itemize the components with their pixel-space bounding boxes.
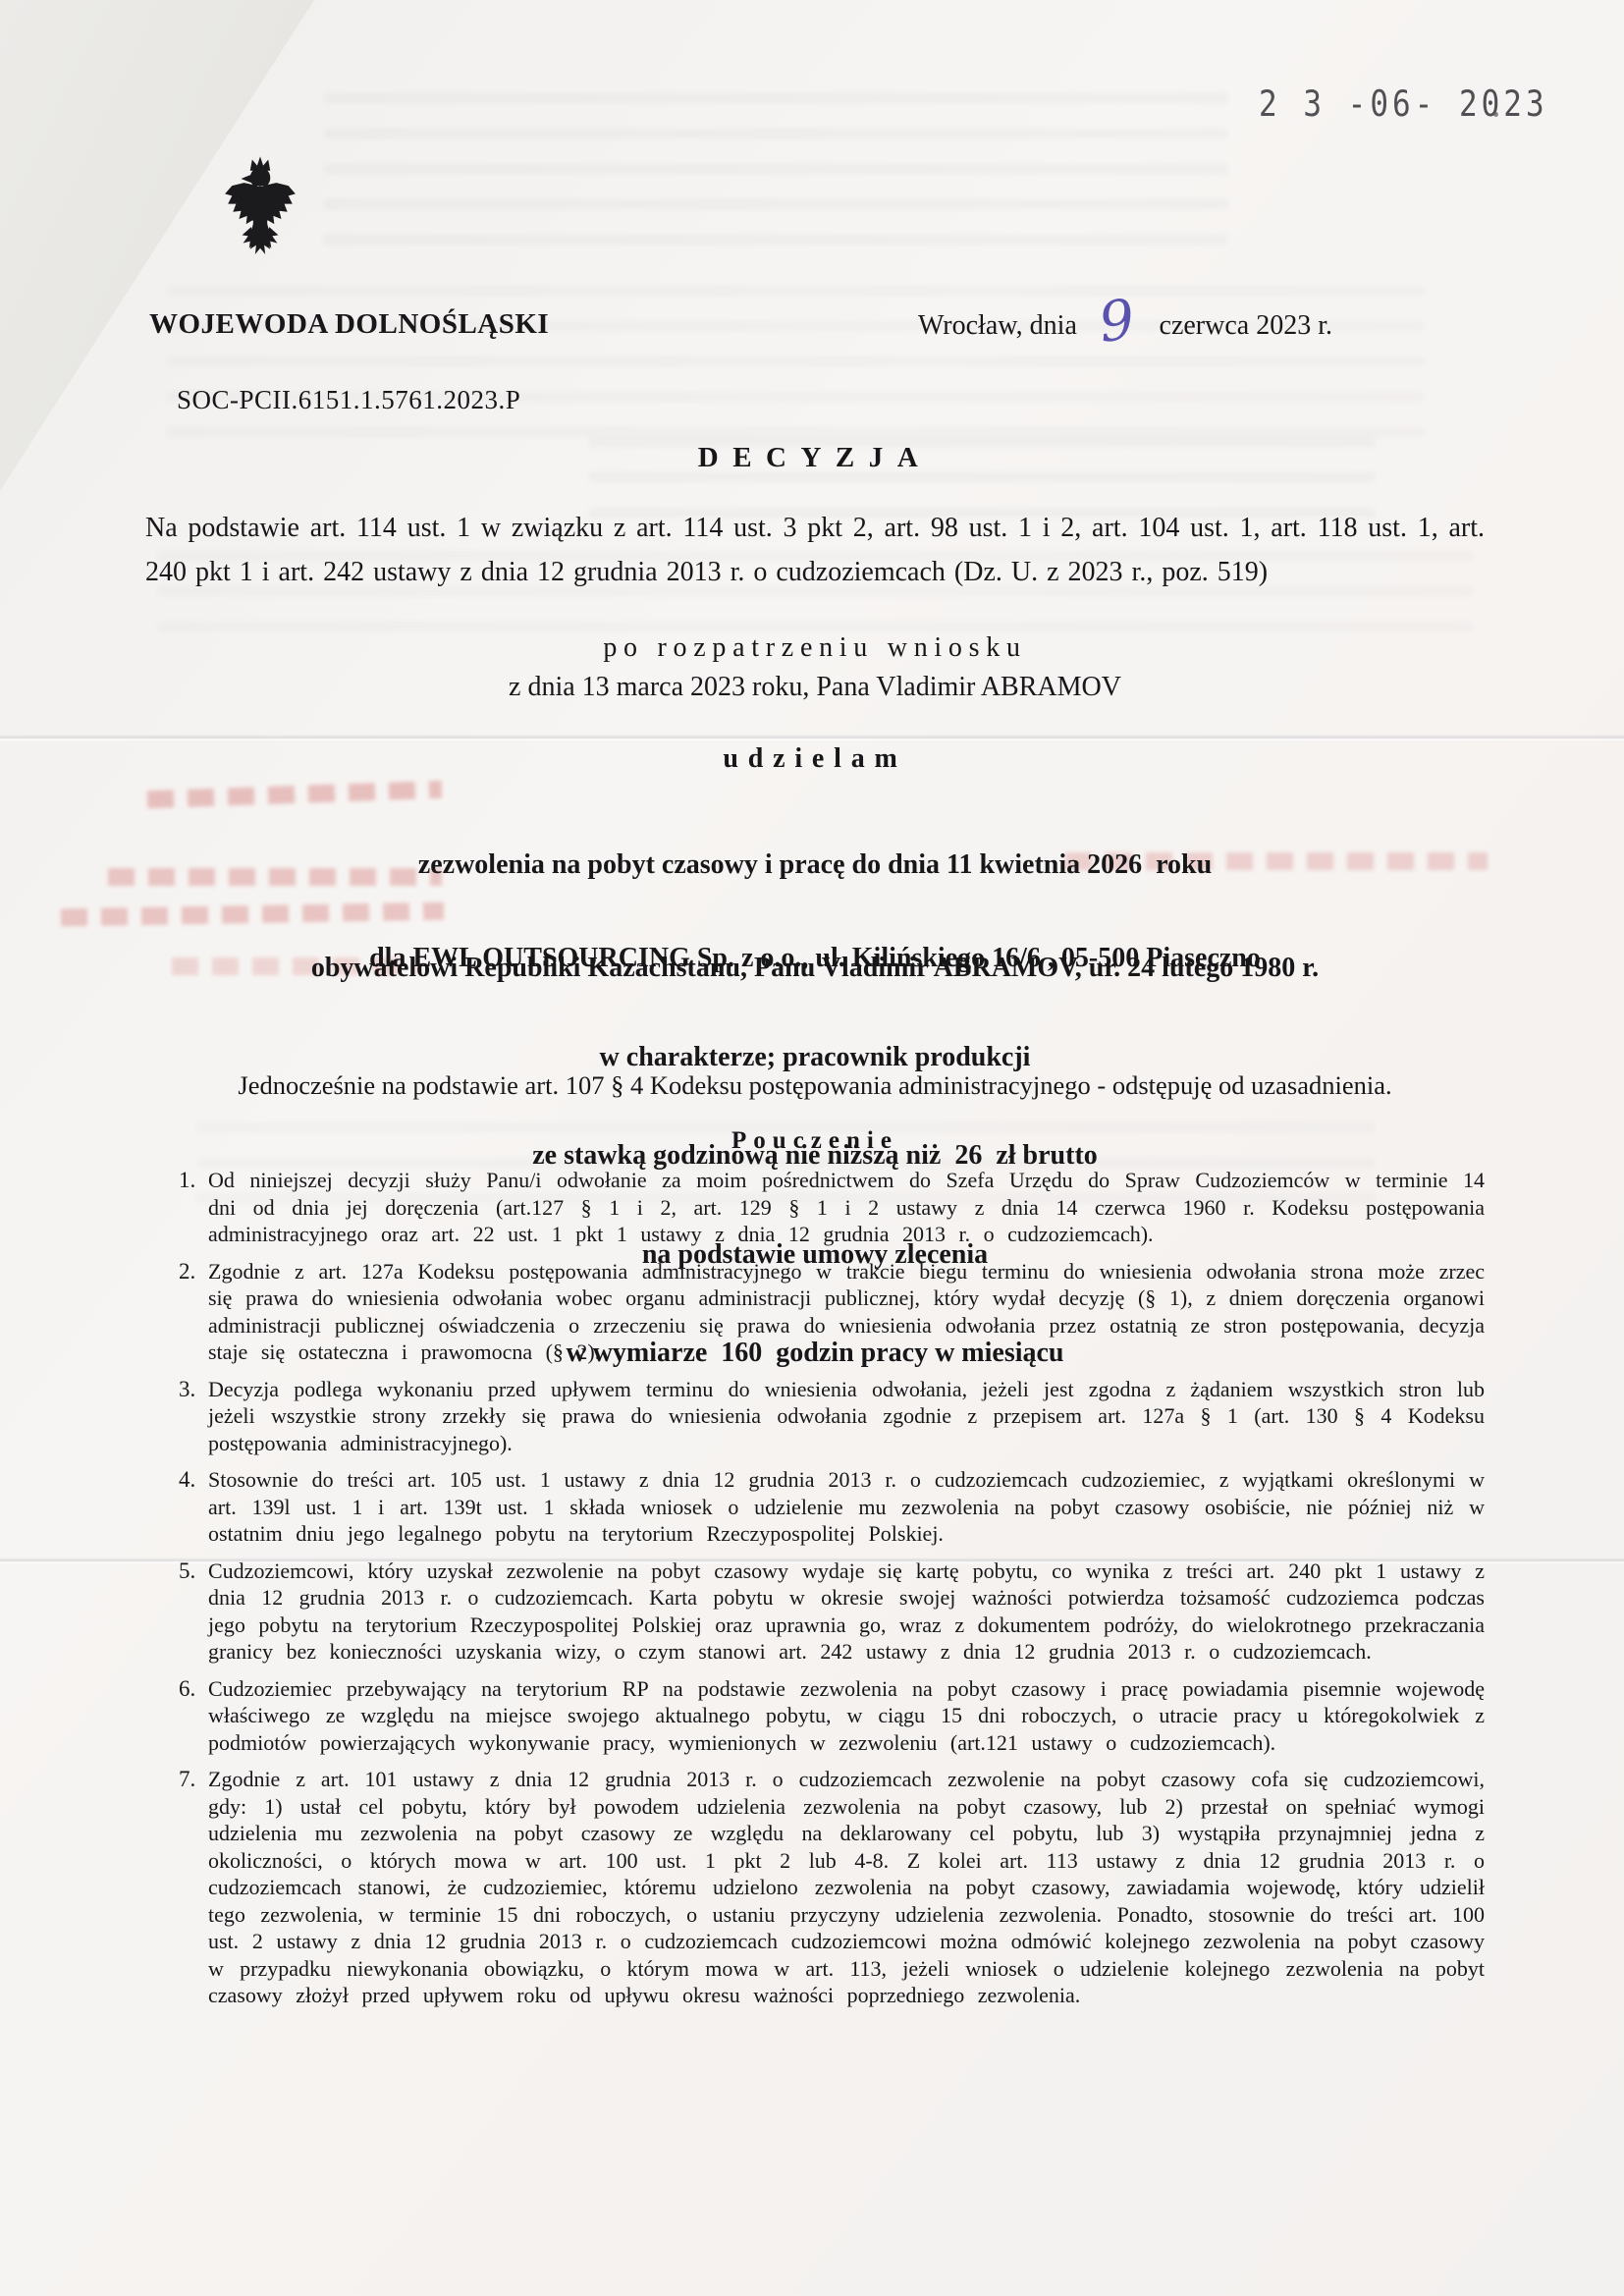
item-number: 4. xyxy=(145,1466,208,1548)
item-text: Cudzoziemiec przebywający na terytorium … xyxy=(208,1675,1485,1757)
instruction-item: 5. Cudzoziemcowi, który uzyskał zezwolen… xyxy=(145,1558,1485,1666)
item-text: Od niniejszej decyzji służy Panu/i odwoł… xyxy=(208,1167,1485,1248)
item-text: Zgodnie z art. 101 ustawy z dnia 12 grud… xyxy=(208,1766,1485,2009)
ink-speck xyxy=(1493,112,1498,117)
bleedthrough-artifact xyxy=(324,90,1227,257)
instruction-item: 3. Decyzja podlega wykonaniu przed upływ… xyxy=(145,1376,1485,1457)
place-date-prefix: Wrocław, dnia xyxy=(918,310,1077,342)
applicant-line: z dnia 13 marca 2023 roku, Pana Vladimir… xyxy=(145,672,1485,703)
consideration-line: po rozpatrzeniu wniosku xyxy=(145,632,1485,664)
item-text: Cudzoziemcowi, który uzyskał zezwolenie … xyxy=(208,1558,1485,1666)
item-number: 6. xyxy=(145,1675,208,1757)
instruction-list: 1. Od niniejszej decyzji służy Panu/i od… xyxy=(145,1167,1485,2019)
instruction-item: 6. Cudzoziemiec przebywający na terytori… xyxy=(145,1675,1485,1757)
case-number: SOC-PCII.6151.1.5761.2023.P xyxy=(177,385,520,415)
item-number: 1. xyxy=(145,1167,208,1248)
issuing-authority: WOJEWODA DOLNOŚLĄSKI xyxy=(149,308,549,341)
coat-of-arms-eagle-icon xyxy=(220,152,300,288)
justification-waiver: Jednocześnie na podstawie art. 107 § 4 K… xyxy=(145,1070,1485,1101)
item-text: Stosownie do treści art. 105 ust. 1 usta… xyxy=(208,1466,1485,1548)
legal-basis-paragraph: Na podstawie art. 114 ust. 1 w związku z… xyxy=(145,506,1485,594)
item-number: 2. xyxy=(145,1258,208,1366)
instruction-item: 7. Zgodnie z art. 101 ustawy z dnia 12 g… xyxy=(145,1766,1485,2009)
place-date-suffix: czerwca 2023 r. xyxy=(1160,310,1332,342)
grant-line: dla EWL OUTSOURCING Sp. z o.o., ul. Kili… xyxy=(145,942,1485,975)
instruction-item: 1. Od niniejszej decyzji służy Panu/i od… xyxy=(145,1167,1485,1248)
grant-line: w charakterze; pracownik produkcji xyxy=(145,1041,1485,1074)
item-number: 7. xyxy=(145,1766,208,2009)
instruction-item: 4. Stosownie do treści art. 105 ust. 1 u… xyxy=(145,1466,1485,1548)
decision-title: DECYZJA xyxy=(145,442,1485,474)
item-text: Zgodnie z art. 127a Kodeksu postępowania… xyxy=(208,1258,1485,1366)
scanned-decision-document: 2 3 -06- 2023 WOJEWODA DOLNOŚLĄSKI Wrocł… xyxy=(0,0,1624,2296)
grant-keyword: udzielam xyxy=(145,743,1485,775)
item-number: 5. xyxy=(145,1558,208,1666)
item-text: Decyzja podlega wykonaniu przed upływem … xyxy=(208,1376,1485,1457)
place-and-date-line: Wrocław, dnia 9 czerwca 2023 r. xyxy=(918,310,1370,342)
instruction-heading: Pouczenie xyxy=(145,1127,1485,1155)
instruction-item: 2. Zgodnie z art. 127a Kodeksu postępowa… xyxy=(145,1258,1485,1366)
handwritten-day-ink: 9 xyxy=(1100,320,1134,324)
scan-crease xyxy=(0,735,1624,741)
item-number: 3. xyxy=(145,1376,208,1457)
date-received-stamp: 2 3 -06- 2023 xyxy=(1259,83,1548,125)
